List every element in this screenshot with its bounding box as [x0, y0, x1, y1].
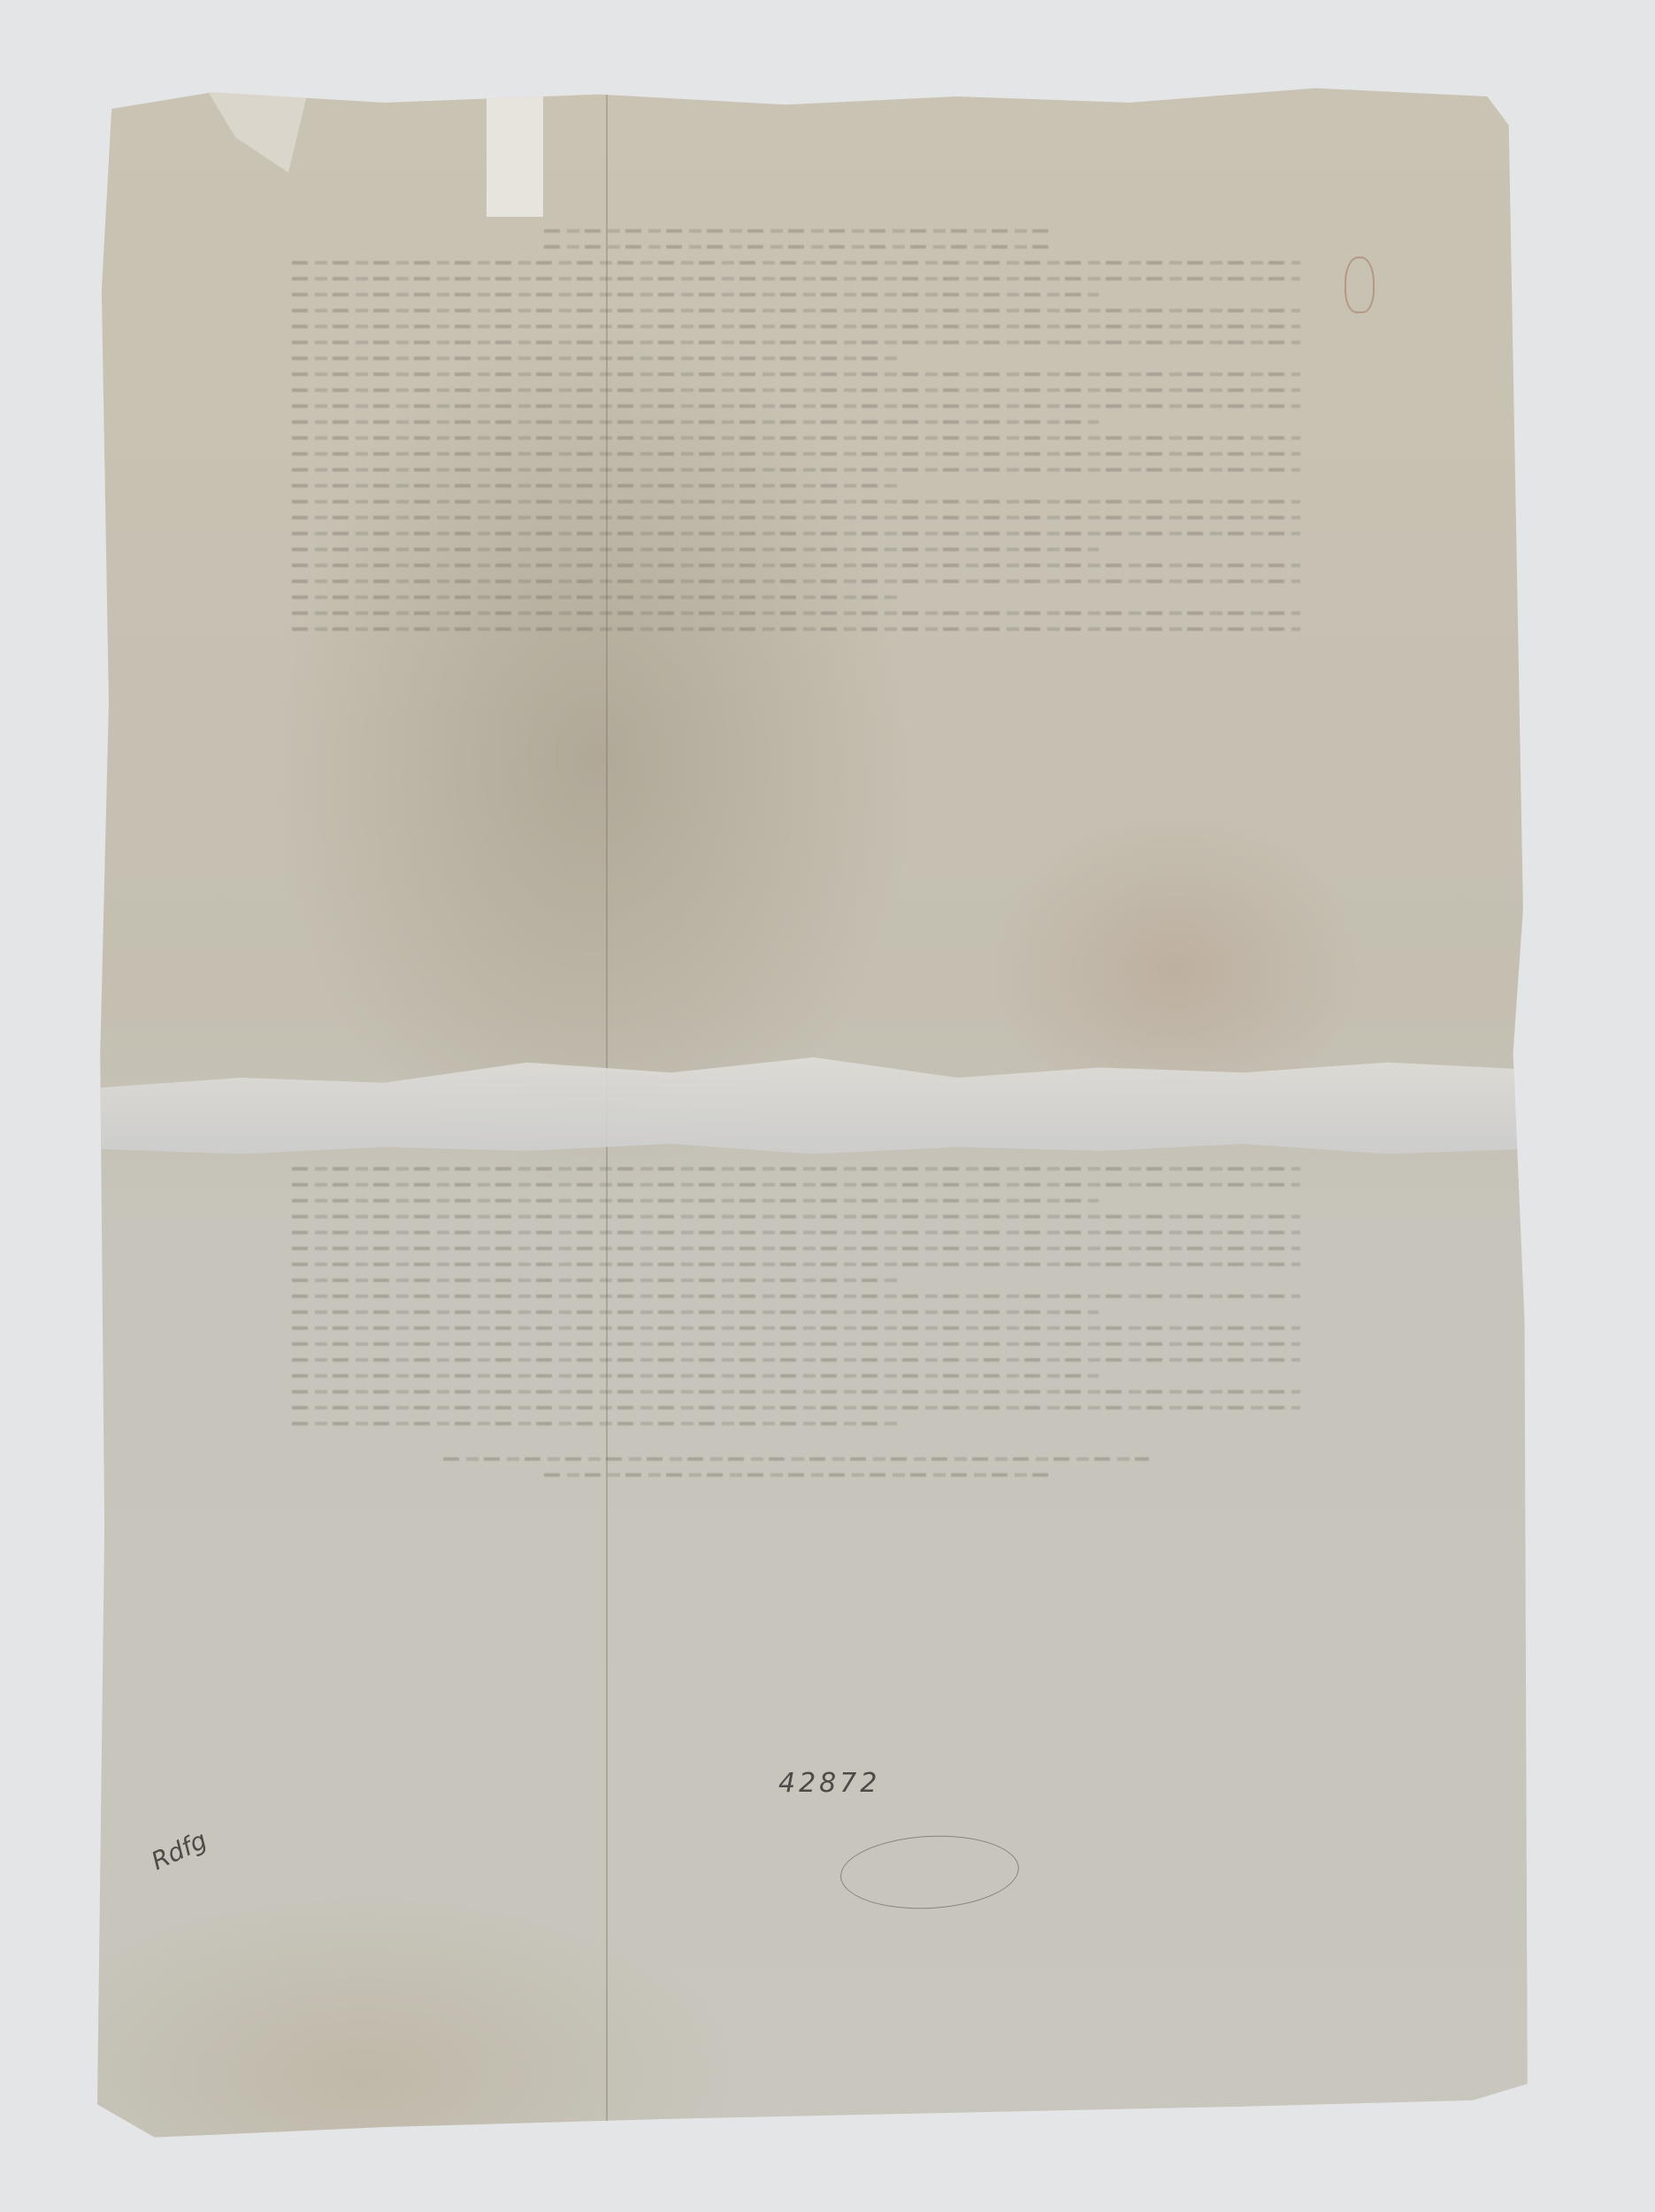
tape-repair-top-center — [487, 84, 543, 217]
inventory-number: 42872 — [778, 1768, 880, 1799]
reddish-stamp-mark — [1345, 257, 1375, 313]
inventory-oval — [839, 1832, 1021, 1913]
bleed-through-text-upper — [292, 217, 1300, 643]
tape-repair-horizontal — [97, 1057, 1530, 1159]
tape-repair-top-left — [203, 84, 310, 173]
bleed-through-text-lower — [292, 1155, 1300, 1489]
paper-sheet — [97, 84, 1530, 2146]
